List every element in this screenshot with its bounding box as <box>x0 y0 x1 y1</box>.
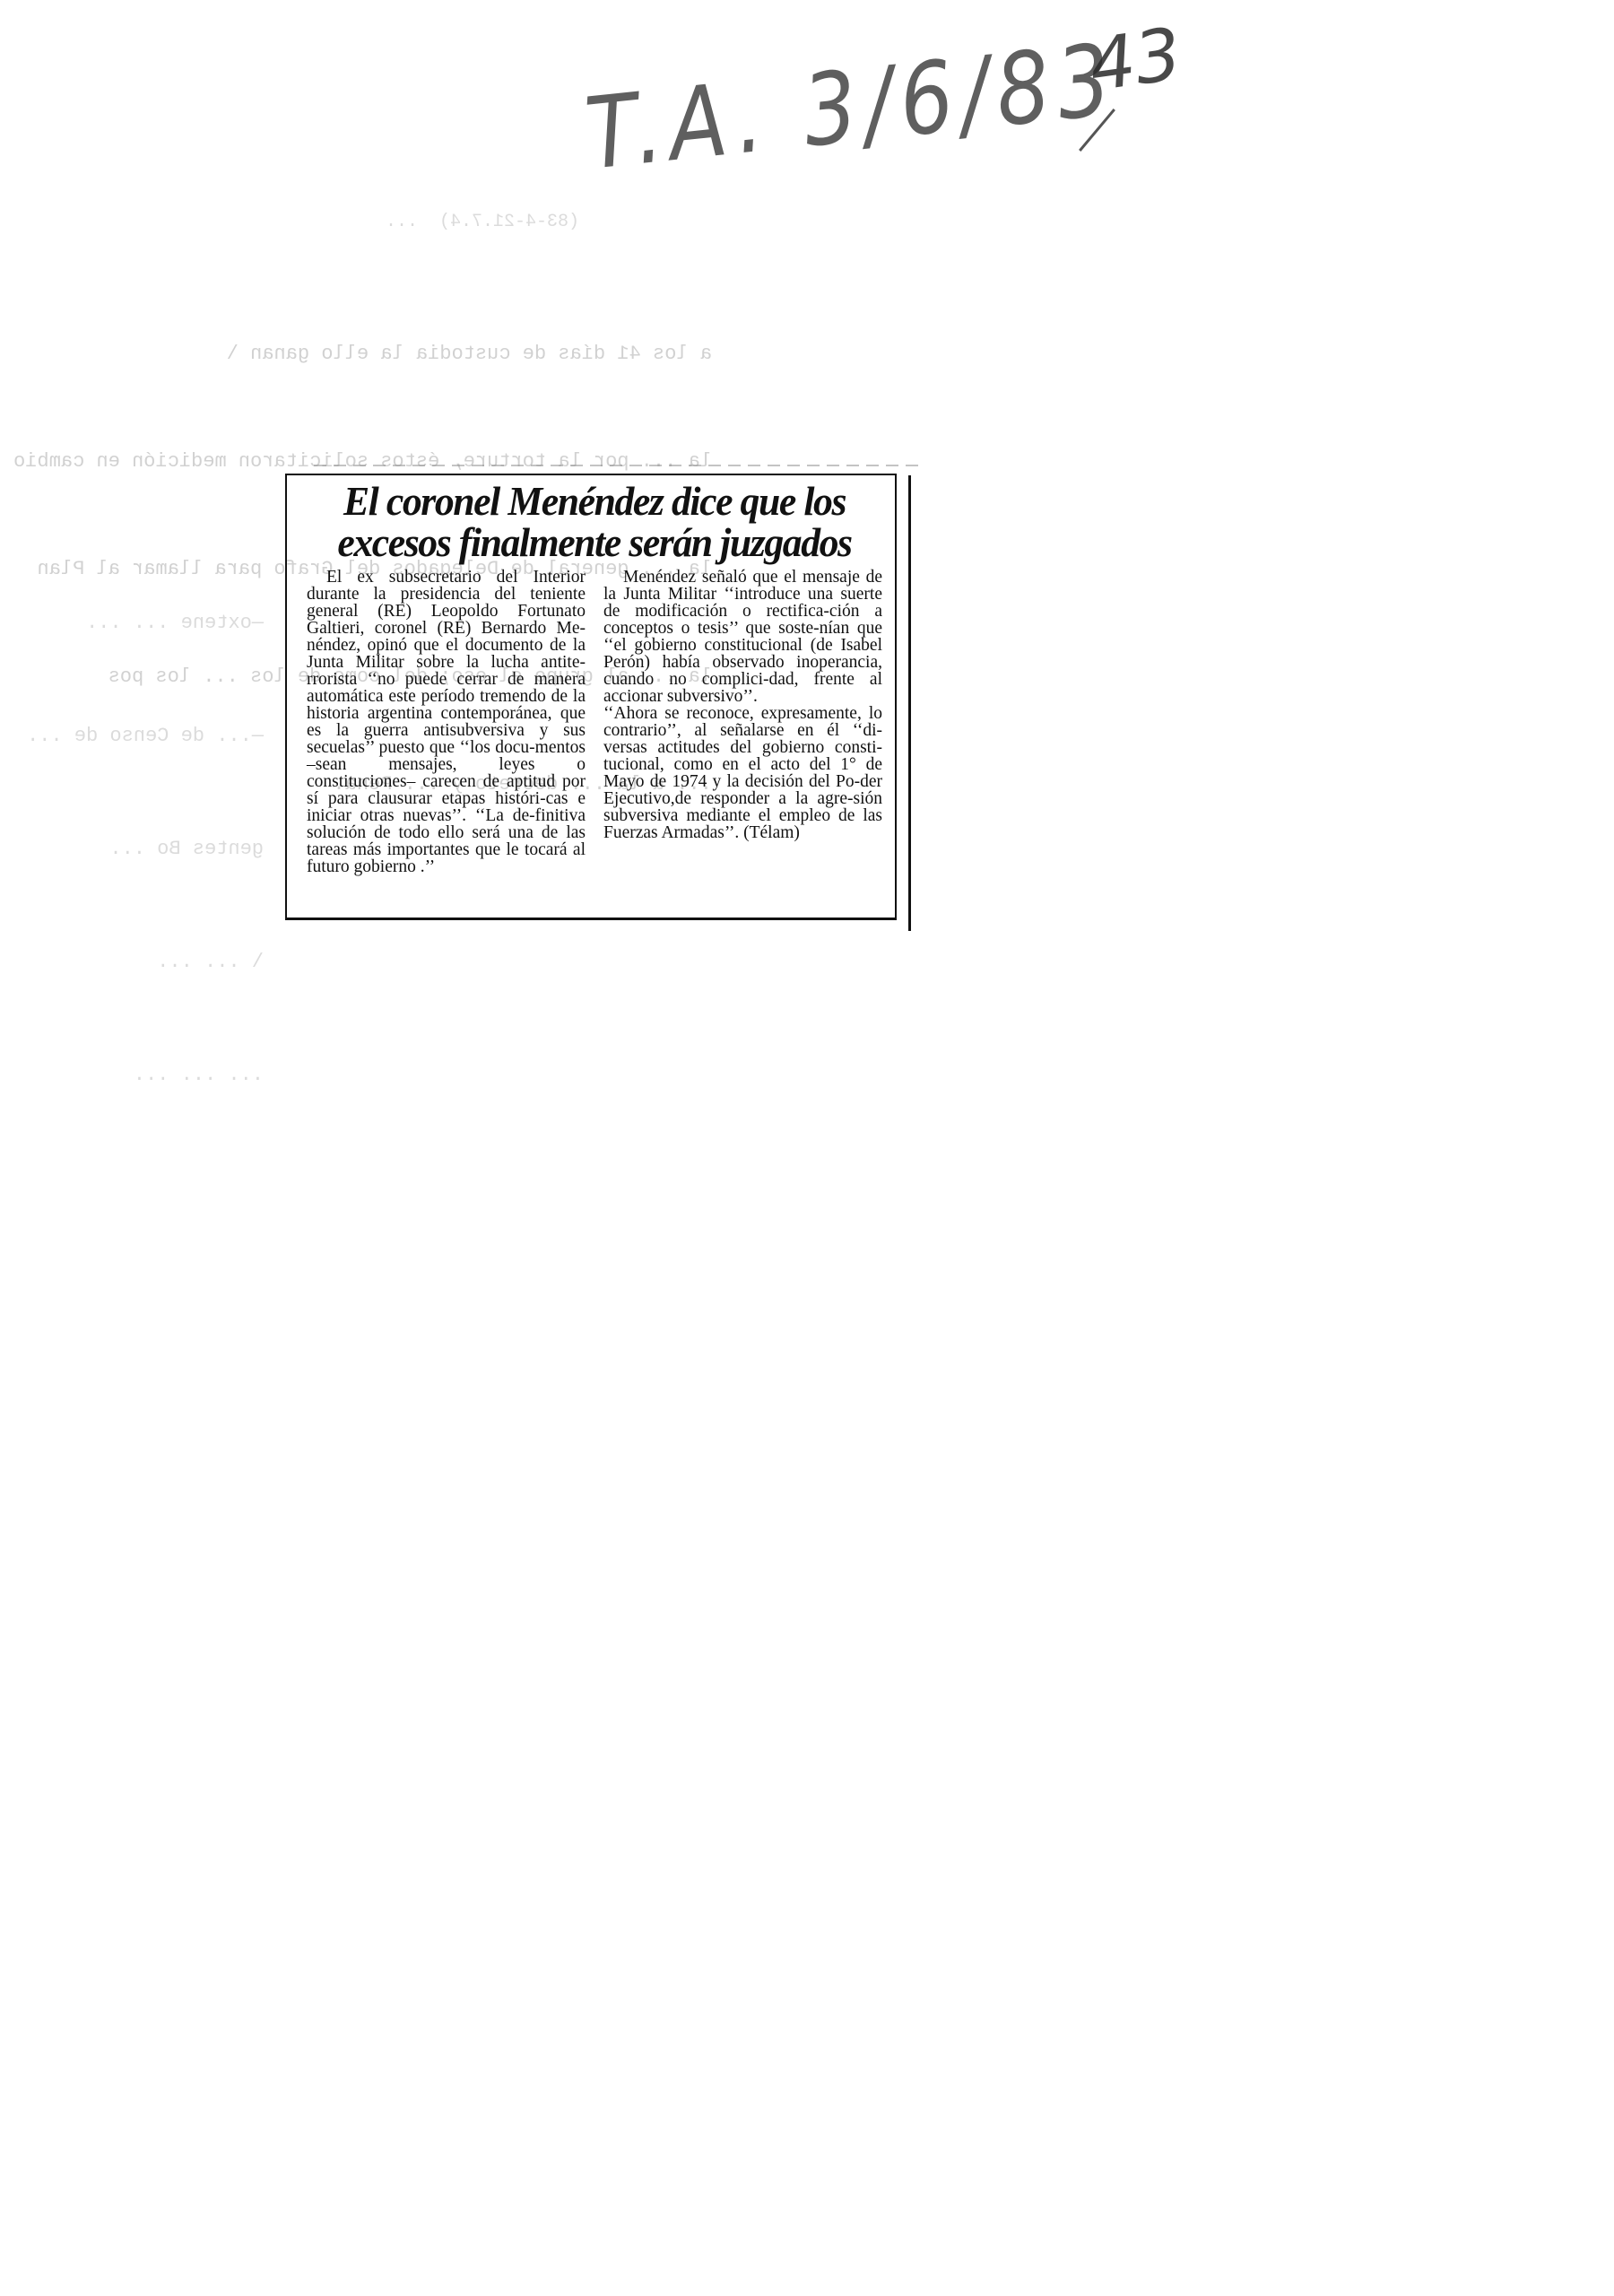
handwritten-date-annotation: T.A. 3/6/83 <box>580 22 1123 192</box>
bleed-through-line: —... de Censo de ... <box>27 717 264 755</box>
bleed-through-line: —oxtene ... ... <box>27 604 264 642</box>
clipping-top-edge <box>314 465 924 466</box>
bleed-through-line: a los 41 días de custodia la ello ganan … <box>13 336 712 372</box>
article-headline: El coronel Menéndez dice que los excesos… <box>321 481 868 563</box>
handwritten-page-number: 43 <box>1084 12 1186 107</box>
article-paragraph: ‘‘Ahora se reconoce, expresamente, lo co… <box>603 705 882 841</box>
bleed-through-header: (83-4-21.7.4) ... <box>386 204 579 240</box>
newspaper-clipping: El coronel Menéndez dice que los excesos… <box>285 474 897 920</box>
bleed-through-left-margin: —oxtene ... ... —... de Censo de ... gen… <box>27 529 264 1132</box>
article-paragraph: El ex subsecretario del Interior durante… <box>307 569 586 875</box>
article-body: El ex subsecretario del Interior durante… <box>307 569 882 875</box>
article-paragraph: Menéndez señaló que el mensaje de la Jun… <box>603 569 882 705</box>
column-rule <box>908 475 911 931</box>
bleed-through-line: \ ... ... <box>27 944 264 981</box>
bleed-through-line: gentes Bo ... <box>27 831 264 868</box>
bleed-through-line: ... ... ... <box>27 1057 264 1094</box>
